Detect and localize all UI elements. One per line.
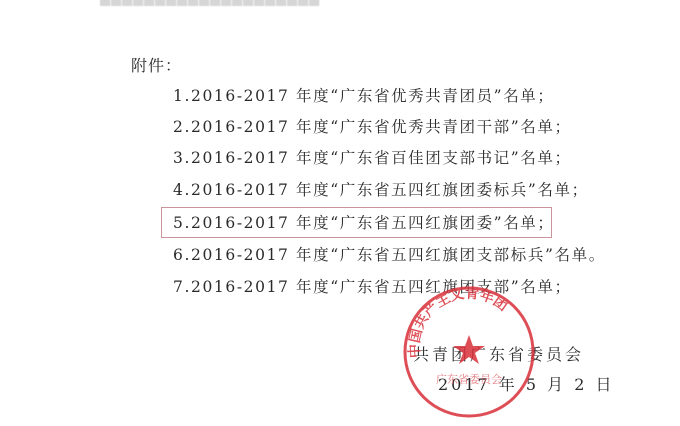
list-item: 2.2016-2017 年度“广东省优秀共青团干部”名单； [173, 115, 572, 137]
list-item: 1.2016-2017 年度“广东省优秀共青团员”名单； [173, 84, 555, 106]
svg-text:广东省委员会: 广东省委员会 [436, 372, 502, 386]
faded-header-text: ████████████████████ [100, 0, 340, 6]
list-item: 6.2016-2017 年度“广东省五四红旗团支部标兵”名单。 [173, 243, 606, 265]
attachment-label: 附件： [131, 53, 182, 76]
official-seal-icon: 中国共产主义青年团 广东省委员会 [400, 283, 538, 421]
list-item-highlighted: 5.2016-2017 年度“广东省五四红旗团委”名单； [173, 211, 555, 233]
list-item: 3.2016-2017 年度“广东省百佳团支部书记”名单； [173, 146, 572, 168]
list-item: 4.2016-2017 年度“广东省五四红旗团委标兵”名单； [173, 178, 589, 200]
